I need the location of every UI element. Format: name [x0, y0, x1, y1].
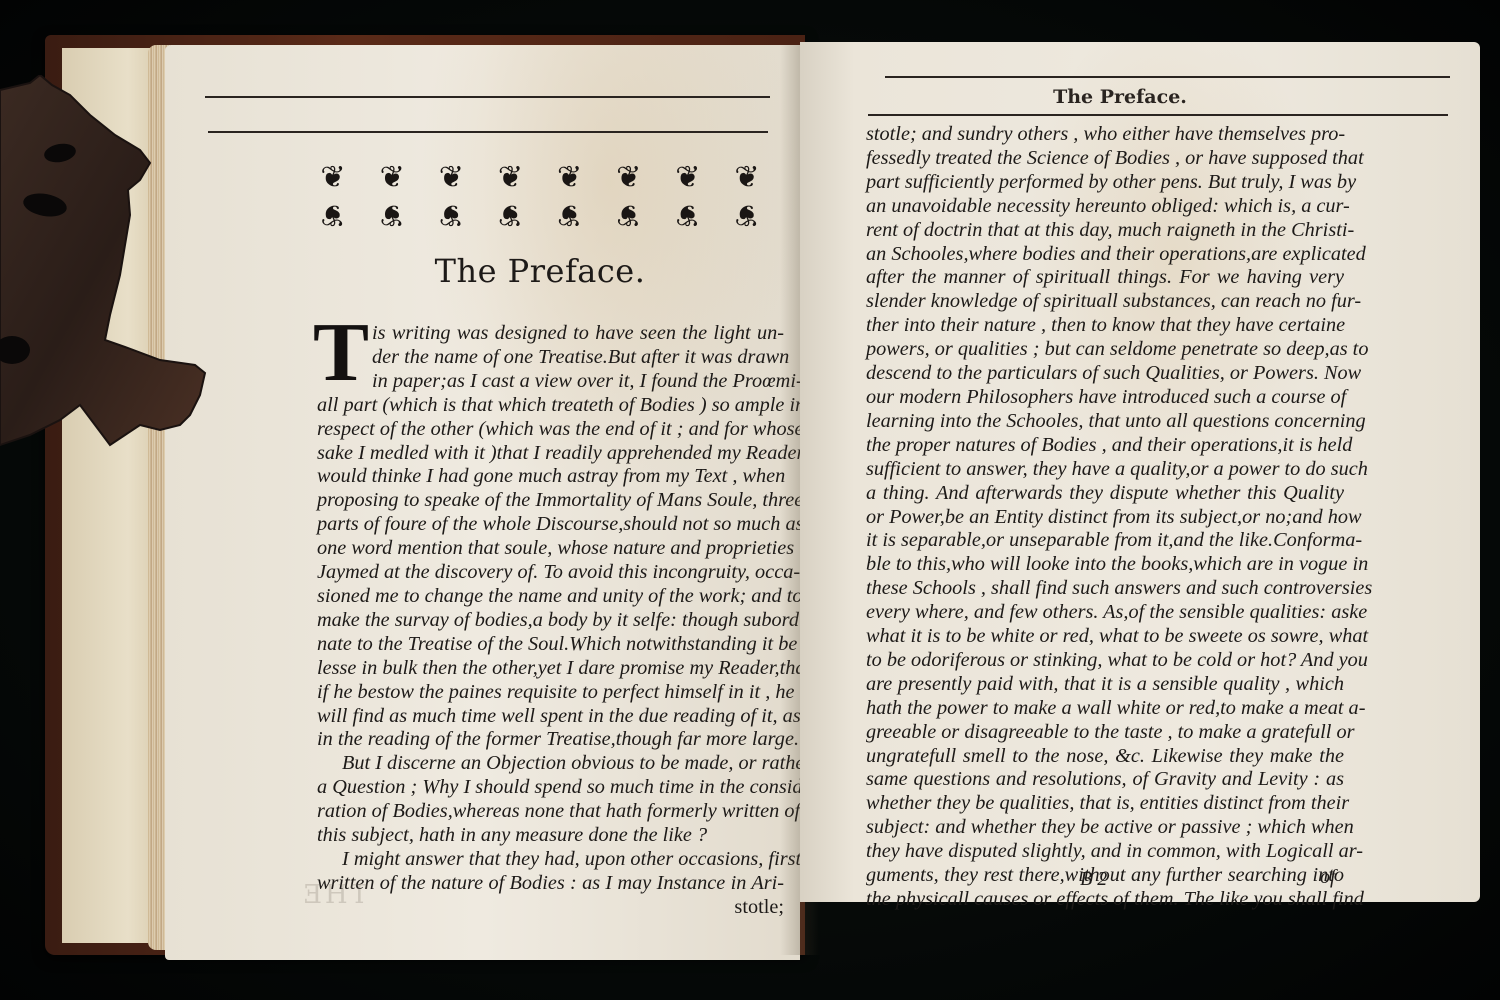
text-line: der the name of one Treatise.But after i… — [317, 346, 784, 370]
text-line: Jaymed at the discovery of. To avoid thi… — [317, 561, 784, 585]
right-page-body-text: stotle; and sundry others , who either h… — [866, 123, 1344, 912]
show-through-text: THE — [300, 880, 368, 910]
text-line: this subject, hath in any measure done t… — [317, 824, 784, 848]
text-line: subject: and whether they be active or p… — [866, 816, 1344, 840]
text-line: after the manner of spirituall things. F… — [866, 266, 1344, 290]
fleuron-ornament-icon: ❦ — [482, 162, 538, 194]
fleuron-ornament-icon: ❦ — [719, 198, 775, 230]
text-line: in the reading of the former Treatise,th… — [317, 728, 784, 752]
text-line: fessedly treated the Science of Bodies ,… — [866, 147, 1344, 171]
text-line: every where, and few others. As,of the s… — [866, 601, 1344, 625]
text-line: or Power,be an Entity distinct from its … — [866, 506, 1344, 530]
fleuron-ornament-icon: ❦ — [542, 198, 598, 230]
text-line: learning into the Schooles, that unto al… — [866, 410, 1344, 434]
text-line: sake I medled with it )that I readily ap… — [317, 442, 784, 466]
text-line: stotle; and sundry others , who either h… — [866, 123, 1344, 147]
text-line: are presently paid with, that it is a se… — [866, 673, 1344, 697]
metal-clasp-icon — [0, 75, 210, 475]
text-line: they have disputed slightly, and in comm… — [866, 840, 1344, 864]
decorative-ornament-band: ❦❦❦❦❦❦❦❦ ❦❦❦❦❦❦❦❦ — [305, 162, 775, 230]
fleuron-ornament-icon: ❦ — [423, 162, 479, 194]
text-line: powers, or qualities ; but can seldome p… — [866, 338, 1344, 362]
text-line: ration of Bodies,whereas none that hath … — [317, 800, 784, 824]
signature-mark: B 2 — [1080, 868, 1107, 891]
fleuron-ornament-icon: ❦ — [423, 198, 479, 230]
text-line: make the survay of bodies,a body by it s… — [317, 609, 784, 633]
text-line: the physicall causes or effects of them.… — [866, 888, 1344, 912]
text-line: rent of doctrin that at this day, much r… — [866, 219, 1344, 243]
text-line: proposing to speake of the Immortality o… — [317, 489, 784, 513]
fleuron-ornament-icon: ❦ — [660, 198, 716, 230]
text-line: ungratefull smell to the nose, &c. Likew… — [866, 745, 1344, 769]
text-line: sufficient to answer, they have a qualit… — [866, 458, 1344, 482]
text-line: if he bestow the paines requisite to per… — [317, 681, 784, 705]
text-line: parts of foure of the whole Discourse,sh… — [317, 513, 784, 537]
text-line: ther into their nature , then to know th… — [866, 314, 1344, 338]
text-line: part sufficiently performed by other pen… — [866, 171, 1344, 195]
text-line: one word mention that soule, whose natur… — [317, 537, 784, 561]
left-page-body-text: is writing was designed to have seen the… — [317, 322, 784, 920]
text-line: is writing was designed to have seen the… — [317, 322, 784, 346]
text-line: will find as much time well spent in the… — [317, 705, 784, 729]
text-line: an unavoidable necessity hereunto oblige… — [866, 195, 1344, 219]
text-line: sioned me to change the name and unity o… — [317, 585, 784, 609]
fleuron-ornament-icon: ❦ — [719, 162, 775, 194]
text-line: it is separable,or unseparable from it,a… — [866, 529, 1344, 553]
fleuron-ornament-icon: ❦ — [364, 198, 420, 230]
text-line: in paper;as I cast a view over it, I fou… — [317, 370, 784, 394]
text-line: ble to this,who will looke into the book… — [866, 553, 1344, 577]
text-line: hath the power to make a wall white or r… — [866, 697, 1344, 721]
left-top-rule — [205, 96, 770, 98]
text-line: written of the nature of Bodies : as I m… — [317, 872, 784, 896]
fleuron-ornament-icon: ❦ — [660, 162, 716, 194]
right-top-rule — [885, 76, 1450, 78]
right-header-rule — [868, 114, 1448, 116]
fleuron-ornament-icon: ❦ — [305, 198, 361, 230]
text-line: whether they be qualities, that is, enti… — [866, 792, 1344, 816]
page-title: The Preface. — [300, 252, 780, 290]
fleuron-ornament-icon: ❦ — [364, 162, 420, 194]
text-line: a thing. And afterwards they dispute whe… — [866, 482, 1344, 506]
text-line: the proper natures of Bodies , and their… — [866, 434, 1344, 458]
fleuron-ornament-icon: ❦ — [482, 198, 538, 230]
text-line: same questions and resolutions, of Gravi… — [866, 768, 1344, 792]
text-line: lesse in bulk then the other,yet I dare … — [317, 657, 784, 681]
text-line: what it is to be white or red, what to b… — [866, 625, 1344, 649]
text-line: all part (which is that which treateth o… — [317, 394, 784, 418]
fleuron-ornament-icon: ❦ — [601, 198, 657, 230]
text-line: I might answer that they had, upon other… — [317, 848, 784, 872]
running-header: The Preface. — [1000, 86, 1240, 108]
left-second-rule — [208, 131, 768, 133]
text-line: would thinke I had gone much astray from… — [317, 465, 784, 489]
fleuron-ornament-icon: ❦ — [305, 162, 361, 194]
text-line: an Schooles,where bodies and their opera… — [866, 243, 1344, 267]
text-line: nate to the Treatise of the Soul.Which n… — [317, 633, 784, 657]
text-line: descend to the particulars of such Quali… — [866, 362, 1344, 386]
text-line: stotle; — [317, 896, 784, 920]
text-line: a Question ; Why I should spend so much … — [317, 776, 784, 800]
text-line: these Schools , shall find such answers … — [866, 577, 1344, 601]
catchword: of — [1320, 866, 1336, 889]
fleuron-ornament-icon: ❦ — [601, 162, 657, 194]
text-line: greeable or disagreeable to the taste , … — [866, 721, 1344, 745]
text-line: But I discerne an Objection obvious to b… — [317, 752, 784, 776]
fleuron-ornament-icon: ❦ — [542, 162, 598, 194]
text-line: our modern Philosophers have introduced … — [866, 386, 1344, 410]
text-line: to be odoriferous or stinking, what to b… — [866, 649, 1344, 673]
text-line: respect of the other (which was the end … — [317, 418, 784, 442]
text-line: slender knowledge of spirituall substanc… — [866, 290, 1344, 314]
